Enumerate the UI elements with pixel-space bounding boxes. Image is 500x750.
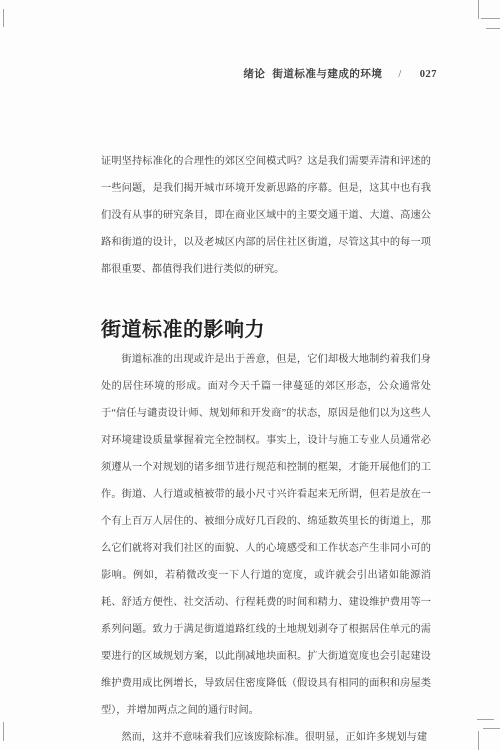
crop-mark-bottom-left <box>3 722 4 741</box>
crop-mark-bottom-right <box>478 731 479 750</box>
crop-mark-top-right <box>486 28 500 29</box>
running-head-section: 绪论 <box>243 66 265 81</box>
body-paragraph: 然而，这并不意味着我们应该废除标准。很明显，正如许多规划与建 <box>101 724 431 750</box>
running-head-title: 街道标准与建成的环境 <box>272 66 382 81</box>
body-paragraph: 证明坚持标准化的合理性的郊区空间模式吗？这是我们需要弄清和评述的一些问题，是我们… <box>101 148 431 283</box>
crop-mark-top-left <box>3 9 4 27</box>
section-heading: 街道标准的影响力 <box>101 317 265 343</box>
running-head: 绪论 街道标准与建成的环境 / 027 <box>243 66 437 81</box>
body-paragraphs-block: 街道标准的出现或许是出于善意，但是，它们却极大地制约着我们身处的居住环境的形成。… <box>101 346 431 750</box>
crop-mark-bottom-right <box>483 728 500 729</box>
page-number: 027 <box>420 69 437 80</box>
paragraph-continuation-block: 证明坚持标准化的合理性的郊区空间模式吗？这是我们需要弄清和评述的一些问题，是我们… <box>101 148 431 283</box>
running-head-separator: / <box>398 69 401 80</box>
body-paragraph: 街道标准的出现或许是出于善意，但是，它们却极大地制约着我们身处的居住环境的形成。… <box>101 346 431 724</box>
crop-mark-top-right <box>481 18 500 19</box>
crop-mark-top-right <box>478 0 479 19</box>
crop-mark-bottom-right <box>477 719 494 720</box>
